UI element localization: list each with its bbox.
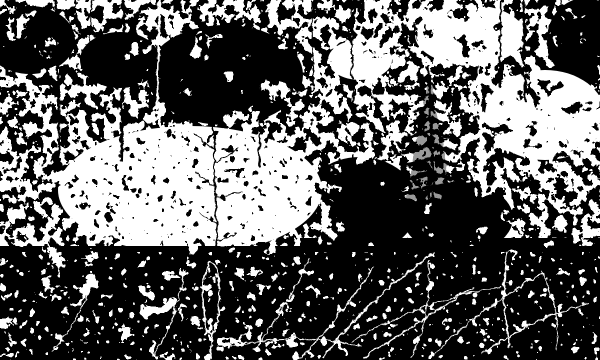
forest-photo-canvas [0, 0, 600, 360]
underbrush-white-speckle [0, 252, 600, 360]
dark-dots-on-sunlit-patch [70, 130, 320, 250]
forest-photo [0, 0, 600, 360]
